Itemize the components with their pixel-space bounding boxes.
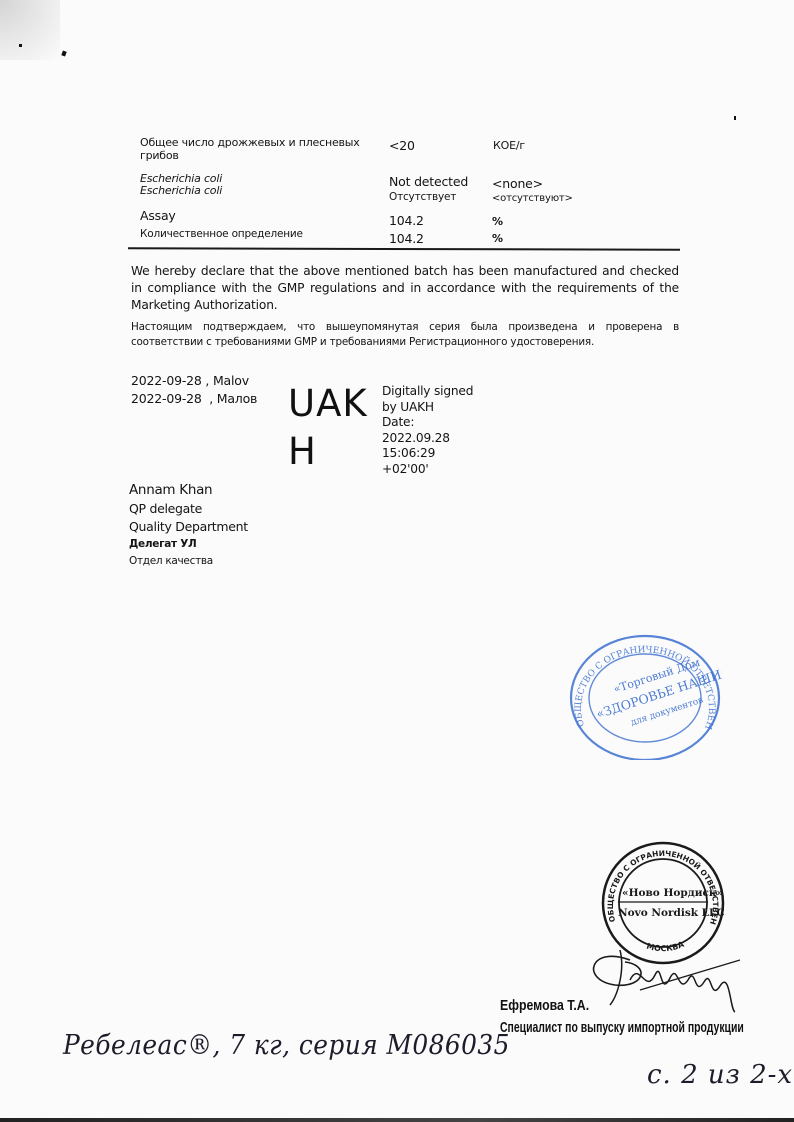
- date-place-ru: 2022-09-28 , Малов: [131, 391, 257, 406]
- result-ru: Отсутствует: [389, 191, 456, 204]
- parameter-en: Assay: [140, 208, 176, 223]
- qp-role-en: QP delegate: [129, 501, 202, 516]
- unit-en: <none>: [492, 176, 543, 191]
- importer-signer-title: Специалист по выпуску импортной продукци…: [500, 1020, 744, 1036]
- scan-bottom-edge: [0, 1118, 794, 1122]
- parameter-ru-cont: грибов: [140, 149, 360, 162]
- handwritten-page-note: с. 2 из 2-х: [647, 1060, 793, 1090]
- result-value: <20: [389, 138, 415, 153]
- scan-speck: [19, 44, 22, 47]
- unit: КОЕ/г: [493, 139, 525, 152]
- importer-signer-name: Ефремова Т.А.: [500, 997, 589, 1014]
- stamp-line-1: «Ново Нордиск»: [622, 887, 723, 899]
- digital-signature-info: Digitally signed by UAKH Date: 2022.09.2…: [382, 384, 482, 477]
- handwritten-signature: [570, 940, 760, 1020]
- scan-shadow: [0, 0, 60, 60]
- distributor-stamp: ОБЩЕСТВО С ОГРАНИЧЕННОЙ ОТВЕТСТВЕННОСТЬЮ…: [564, 632, 722, 760]
- qp-role-ru: Делегат УЛ: [129, 538, 196, 551]
- qp-department-ru: Отдел качества: [129, 555, 213, 568]
- date-place-en: 2022-09-28 , Malov: [131, 373, 249, 388]
- qp-department-en: Quality Department: [129, 519, 248, 534]
- result-en: Not detected: [389, 174, 468, 189]
- result-ru: 104.2: [389, 231, 424, 246]
- signer-initials: UAK H: [288, 380, 368, 476]
- declaration-english: We hereby declare that the above mention…: [131, 263, 679, 314]
- row-yeast-mold: Общее число дрожжевых и плесневых грибов: [140, 136, 360, 162]
- stamp-line-2: Novo Nordisk LLC: [618, 907, 725, 919]
- scan-speck: [734, 116, 736, 120]
- declaration-russian: Настоящим подтверждаем, что вышеупомянут…: [131, 320, 679, 350]
- result-en: 104.2: [389, 213, 424, 228]
- table-bottom-rule: [128, 247, 680, 250]
- parameter-ru: Количественное определение: [140, 228, 303, 241]
- parameter-ru: Escherichia coli: [140, 184, 222, 197]
- parameter-ru: Общее число дрожжевых и плесневых: [140, 136, 360, 149]
- qp-name: Annam Khan: [129, 482, 212, 499]
- unit-ru: <отсутствуют>: [492, 192, 573, 205]
- scan-speck: [61, 50, 66, 56]
- unit-en: %: [492, 215, 503, 228]
- unit-ru: %: [492, 232, 503, 245]
- handwritten-product-note: Ребелеас®, 7 кг, серия M086035: [63, 1030, 510, 1061]
